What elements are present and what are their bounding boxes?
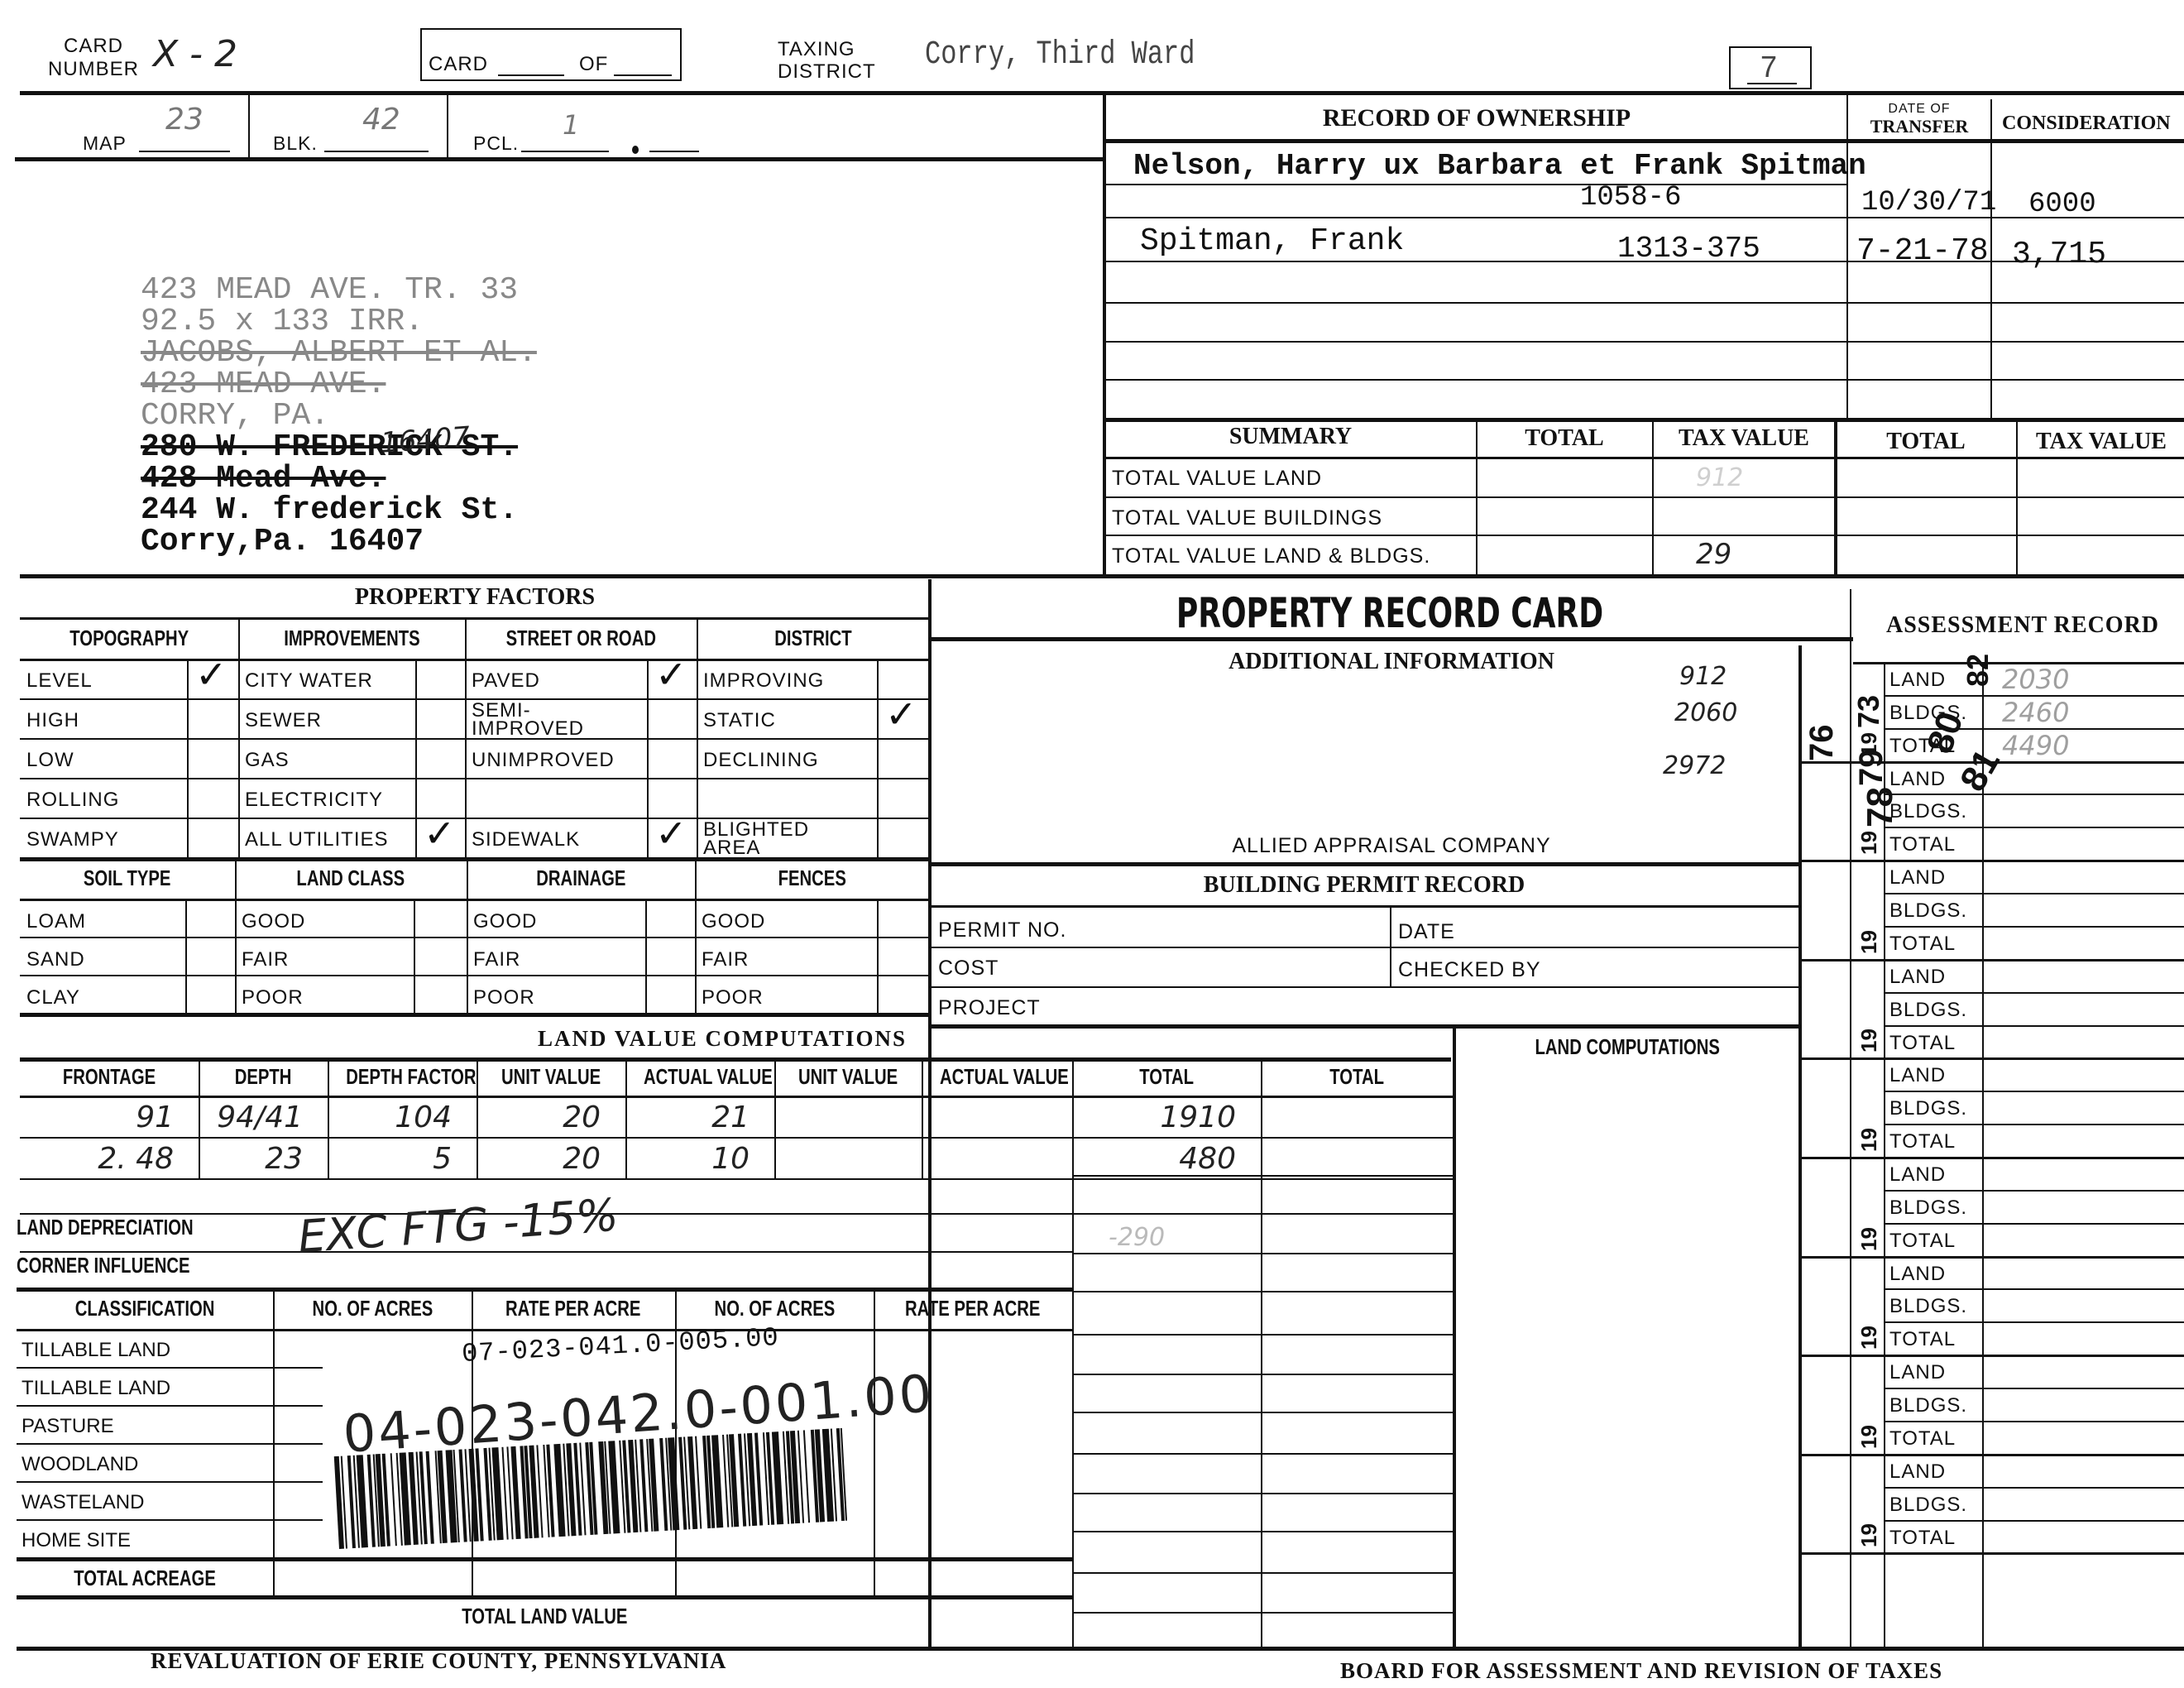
pcl-blank bbox=[521, 151, 609, 152]
pf-checkbox[interactable] bbox=[649, 779, 695, 816]
acre-col-header-label: RATE PER ACRE bbox=[505, 1296, 640, 1321]
owner-2-date: 7-21-78 bbox=[1856, 233, 1989, 269]
ownership-row-2-bottom bbox=[1105, 261, 2184, 262]
pf2-header-label: FENCES bbox=[778, 866, 846, 891]
pf2-checkbox[interactable] bbox=[415, 900, 465, 935]
lv-col-divider bbox=[774, 1057, 776, 1178]
lv-cell: 480 bbox=[1072, 1142, 1236, 1176]
lv-total-row-line bbox=[1072, 1572, 1453, 1574]
card-blank bbox=[498, 74, 564, 76]
lv-top bbox=[20, 1057, 1451, 1062]
assessment-land-label: LAND bbox=[1889, 669, 1946, 692]
summary-land-tax-value: 912 bbox=[1696, 463, 1743, 492]
acre-header-bottom bbox=[17, 1329, 1072, 1331]
land-depreciation-label-wrap: LAND DEPRECIATION bbox=[17, 1215, 243, 1240]
lv-col-divider bbox=[922, 1057, 923, 1178]
lv-col-header: FRONTAGE bbox=[20, 1064, 199, 1090]
permit-row-1-bottom bbox=[930, 947, 1798, 948]
corner-influence-label: CORNER INFLUENCE bbox=[17, 1253, 190, 1278]
assessment-total-label: TOTAL bbox=[1889, 1130, 1956, 1153]
pf-item-label: PAVED bbox=[472, 672, 644, 690]
acre-col-header: CLASSIFICATION bbox=[17, 1296, 273, 1321]
acre-col-header: NO. OF ACRES bbox=[273, 1296, 472, 1321]
prc-title-bottom bbox=[930, 637, 1853, 641]
acre-row-line bbox=[17, 1367, 323, 1369]
pf-item-label: IMPROVING bbox=[703, 672, 874, 690]
assessment-row-line bbox=[1884, 1520, 2184, 1522]
address-line: 423 MEAD AVE. bbox=[141, 369, 537, 400]
pf2-item-label: POOR bbox=[702, 986, 764, 1009]
assessment-block-bottom bbox=[1798, 1355, 2184, 1357]
lv-cell: 2. 48 bbox=[20, 1142, 174, 1176]
permit-bottom bbox=[930, 1024, 1798, 1029]
pf2-header-label: DRAINAGE bbox=[536, 866, 625, 891]
lv-col-header: ACTUAL VALUE bbox=[625, 1064, 774, 1090]
box-number-underline bbox=[1747, 83, 1797, 84]
assessment-row-line bbox=[1884, 827, 2184, 828]
note-line: 2060 bbox=[1663, 695, 1737, 731]
lv-total-row-line bbox=[1072, 1493, 1453, 1494]
assessment-row-line bbox=[1884, 1223, 2184, 1225]
left-right-divider bbox=[1103, 93, 1106, 574]
lv-col-header-label: DEPTH FACTOR bbox=[346, 1064, 476, 1090]
pf-item-label: SEMI- IMPROVED bbox=[472, 702, 644, 738]
permit-no-label: PERMIT NO. bbox=[938, 918, 1066, 942]
lv-total-row-line bbox=[1072, 1374, 1453, 1375]
assessment-bldgs-label: BLDGS. bbox=[1889, 1494, 1967, 1517]
summary-title: SUMMARY bbox=[1105, 424, 1476, 450]
pf-header: IMPROVEMENTS bbox=[238, 626, 465, 651]
pf2-checkbox[interactable] bbox=[187, 900, 233, 935]
pf2-col-divider bbox=[695, 859, 697, 1013]
lv-row-line bbox=[20, 1178, 1453, 1180]
pf-checkbox[interactable] bbox=[879, 779, 928, 816]
header-divider bbox=[20, 91, 2184, 95]
map-label: MAP bbox=[83, 132, 127, 155]
lv-total-row-line bbox=[1072, 1334, 1453, 1336]
address-line: 280 W. FREDERICK ST. bbox=[141, 432, 537, 463]
assessment-land-label: LAND bbox=[1889, 866, 1946, 890]
lv-total-divider bbox=[1072, 1175, 1074, 1648]
property-record-card-title: PROPERTY RECORD CARD bbox=[1059, 589, 1722, 637]
assessment-left-border bbox=[1798, 645, 1802, 1648]
pf-checkbox[interactable] bbox=[189, 700, 237, 736]
pf2-item-label: GOOD bbox=[473, 910, 537, 933]
lv-cell: 10 bbox=[625, 1142, 750, 1176]
assessment-bldgs-label: BLDGS. bbox=[1889, 800, 1967, 823]
assessment-land-label: LAND bbox=[1889, 1460, 1946, 1484]
lv-col-header: TOTAL bbox=[1261, 1064, 1453, 1090]
pf2-checkbox[interactable] bbox=[187, 938, 233, 973]
taxing-district-value: Corry, Third Ward bbox=[925, 36, 1195, 74]
summary-col-tax-value: TAX VALUE bbox=[1654, 425, 1834, 452]
additional-info-bottom bbox=[930, 862, 1798, 866]
assessment-block-bottom bbox=[1798, 1256, 2184, 1259]
pf2-checkbox[interactable] bbox=[647, 938, 693, 973]
pf-checkbox[interactable] bbox=[417, 700, 463, 736]
pf-checkbox[interactable] bbox=[417, 660, 463, 697]
ownership-title: RECORD OF OWNERSHIP bbox=[1109, 104, 1845, 132]
owner-2-name: Spitman, Frank bbox=[1140, 223, 1404, 259]
total-acreage-label: TOTAL ACREAGE bbox=[74, 1566, 216, 1591]
pf-item-label: SIDEWALK bbox=[472, 831, 644, 849]
lv-col-header-label: UNIT VALUE bbox=[798, 1064, 898, 1090]
pf2-header-bottom bbox=[20, 899, 930, 901]
summary-total-tax-value: 29 bbox=[1696, 538, 1731, 571]
ownership-row-5-bottom bbox=[1105, 379, 2184, 381]
pf2-item-label: FAIR bbox=[242, 948, 289, 971]
pf-header-bottom bbox=[20, 659, 930, 661]
pf2-item-label: POOR bbox=[473, 986, 535, 1009]
pcl-blank-2 bbox=[649, 151, 699, 152]
pf2-header: FENCES bbox=[695, 866, 930, 891]
assessment-value-border bbox=[1982, 662, 1984, 1648]
box-number: 7 bbox=[1729, 46, 1812, 89]
pf-header: TOPOGRAPHY bbox=[20, 626, 238, 651]
ownership-header-bottom bbox=[1105, 139, 2184, 143]
lv-col-header-label: UNIT VALUE bbox=[501, 1064, 601, 1090]
lv-header-bottom bbox=[20, 1096, 1453, 1098]
pf-checkbox[interactable] bbox=[189, 779, 237, 816]
pf-checkbox[interactable]: ✓ bbox=[879, 700, 928, 736]
lv-cell: 1910 bbox=[1072, 1101, 1236, 1134]
date-of-header-small: DATE OF bbox=[1850, 103, 1989, 116]
footer-right: BOARD FOR ASSESSMENT AND REVISION OF TAX… bbox=[1340, 1658, 1942, 1684]
lv-total-row-line bbox=[1072, 1253, 1453, 1254]
assessment-total-label: TOTAL bbox=[1889, 1527, 1956, 1550]
assessment-total-label: TOTAL bbox=[1889, 1328, 1956, 1351]
acre-col-header-label: RATE PER ACRE bbox=[905, 1296, 1040, 1321]
land-value-title: LAND VALUE COMPUTATIONS bbox=[538, 1026, 907, 1052]
pf-header-label: IMPROVEMENTS bbox=[284, 626, 420, 651]
assessment-bldgs-label: BLDGS. bbox=[1889, 1196, 1967, 1220]
of-blank bbox=[614, 74, 672, 76]
lv-col-header: UNIT VALUE bbox=[477, 1064, 625, 1090]
address-line: 428 Mead Ave. bbox=[141, 463, 537, 495]
note-line: 2972 bbox=[1663, 731, 1737, 784]
assessment-title: ASSESSMENT RECORD bbox=[1886, 612, 2159, 639]
acre-row-label: TILLABLE LAND bbox=[22, 1339, 170, 1362]
lv-cell: 5 bbox=[328, 1142, 452, 1176]
owner-1-underline bbox=[1105, 184, 1846, 185]
acre-col-header: RATE PER ACRE bbox=[874, 1296, 1072, 1321]
acre-col-header-label: CLASSIFICATION bbox=[75, 1296, 215, 1321]
ownership-row-1-bottom bbox=[1105, 217, 2184, 218]
pf-header-label: TOPOGRAPHY bbox=[69, 626, 189, 651]
summary-header-bottom bbox=[1105, 457, 2184, 459]
pf2-item-label: GOOD bbox=[702, 910, 765, 933]
assessment-year-prefix: 19 bbox=[1856, 930, 1882, 954]
lv-total-row-line bbox=[1072, 1291, 1453, 1292]
pf2-item-label: LOAM bbox=[26, 910, 86, 933]
assessment-year-prefix: 19 bbox=[1856, 1523, 1882, 1547]
pf-checkbox[interactable]: ✓ bbox=[417, 819, 463, 856]
pf-item-label: ALL UTILITIES bbox=[245, 831, 412, 849]
pf-row-line bbox=[20, 818, 930, 819]
summary-col-tax-value-2: TAX VALUE bbox=[2019, 429, 2184, 455]
pf-item-label: SEWER bbox=[245, 712, 412, 730]
pf-row-line bbox=[20, 738, 930, 740]
pf2-checkbox[interactable] bbox=[187, 976, 233, 1011]
handwritten-zip: 16407 bbox=[380, 420, 472, 459]
assessment-row-line bbox=[1884, 992, 2184, 994]
total-land-value-label: TOTAL LAND VALUE bbox=[462, 1604, 627, 1629]
additional-info-notes: 912 2060 2972 bbox=[1663, 659, 1737, 784]
barcode-bar bbox=[803, 1430, 810, 1523]
pf2-item-label: SAND bbox=[26, 948, 85, 971]
assessment-year-prefix: 19 bbox=[1856, 1326, 1882, 1350]
pf-checkbox[interactable] bbox=[879, 819, 928, 856]
address-line: CORRY, PA. bbox=[141, 400, 537, 432]
acre-row-label: PASTURE bbox=[22, 1415, 114, 1438]
permit-title: BUILDING PERMIT RECORD bbox=[930, 872, 1798, 899]
permit-row-2-bottom bbox=[930, 986, 1798, 988]
assessment-row-line bbox=[1884, 1091, 2184, 1092]
assessment-row-line bbox=[1884, 1321, 2184, 1323]
summary-row-2-bottom bbox=[1105, 535, 2184, 536]
blk-value: 42 bbox=[362, 103, 400, 137]
blk-label: BLK. bbox=[273, 132, 318, 155]
address-line: Corry,Pa. 16407 bbox=[141, 526, 537, 558]
pf-item-label: STATIC bbox=[703, 712, 874, 730]
assessment-land-label: LAND bbox=[1889, 1163, 1946, 1187]
pf2-header-label: LAND CLASS bbox=[297, 866, 405, 891]
lv-row-line bbox=[20, 1137, 1453, 1139]
address-line: 244 W. frederick St. bbox=[141, 495, 537, 526]
pf-header: DISTRICT bbox=[697, 626, 930, 651]
lv-total-row-line bbox=[1072, 1612, 1453, 1614]
permit-project-label: PROJECT bbox=[938, 996, 1041, 1020]
lv-total-row-line bbox=[1072, 1531, 1453, 1532]
ownership-row-3-bottom bbox=[1105, 302, 2184, 304]
permit-checked-by-label: CHECKED BY bbox=[1398, 958, 1541, 982]
lv-total-row-line bbox=[1072, 1175, 1453, 1177]
pf-item-label: BLIGHTED AREA bbox=[703, 821, 874, 857]
summary-row-label: TOTAL VALUE LAND bbox=[1112, 467, 1322, 491]
assessment-row-line bbox=[1884, 1025, 2184, 1027]
footer-left: REVALUATION OF ERIE COUNTY, PENNSYLVANIA bbox=[151, 1648, 726, 1674]
map-value: 23 bbox=[165, 103, 204, 137]
permit-title-bottom bbox=[930, 905, 1798, 908]
assessment-bldgs-label: BLDGS. bbox=[1889, 1295, 1967, 1318]
parcel-row-bottom bbox=[15, 157, 1105, 161]
pf-checkbox[interactable] bbox=[189, 819, 237, 856]
assessment-total-value: 4490 bbox=[2002, 730, 2069, 761]
lv-col-header-label: TOTAL bbox=[1329, 1064, 1384, 1090]
assessment-block-bottom bbox=[1798, 1552, 2184, 1555]
pf-item-label: ELECTRICITY bbox=[245, 791, 412, 809]
lv-col-header: ACTUAL VALUE bbox=[922, 1064, 1072, 1090]
acre-row-line bbox=[17, 1405, 323, 1407]
assessment-total-label: TOTAL bbox=[1889, 1427, 1956, 1451]
summary-row-label: TOTAL VALUE BUILDINGS bbox=[1112, 506, 1382, 530]
box-number-value: 7 bbox=[1760, 50, 1777, 84]
pf-item-label: LEVEL bbox=[26, 672, 184, 690]
address-line: 92.5 x 133 IRR. bbox=[141, 306, 537, 338]
pf-checkbox[interactable] bbox=[649, 740, 695, 776]
lv-col-header: DEPTH FACTOR bbox=[328, 1064, 477, 1090]
assessment-bldgs-label: BLDGS. bbox=[1889, 1097, 1967, 1120]
pf-item-label: DECLINING bbox=[703, 751, 874, 770]
assessment-block-bottom bbox=[1798, 1454, 2184, 1456]
parcel-divider-2 bbox=[447, 93, 448, 157]
assessment-land-label: LAND bbox=[1889, 1361, 1946, 1384]
acre-row-label: WASTELAND bbox=[22, 1491, 144, 1514]
ownership-consideration-divider bbox=[1990, 99, 1992, 420]
assessment-row-line bbox=[1884, 1388, 2184, 1389]
check-mark-icon: ✓ bbox=[655, 814, 687, 852]
assessment-year-prefix: 19 bbox=[1856, 1029, 1882, 1053]
pf2-header: SOIL TYPE bbox=[20, 866, 235, 891]
assessment-bldgs-label: BLDGS. bbox=[1889, 999, 1967, 1022]
lv-total-row-line bbox=[1072, 1412, 1453, 1413]
pf-checkbox[interactable] bbox=[879, 660, 928, 697]
assessment-year-prefix: 19 bbox=[1856, 831, 1882, 855]
lv-cell: 94/41 bbox=[199, 1101, 303, 1134]
acre-col-header-label: NO. OF ACRES bbox=[312, 1296, 433, 1321]
pf2-item-label: FAIR bbox=[702, 948, 749, 971]
summary-row-label: TOTAL VALUE LAND & BLDGS. bbox=[1112, 544, 1430, 568]
upper-section-bottom bbox=[20, 574, 2184, 578]
card-of-box: CARD OF bbox=[420, 28, 682, 81]
acre-row-label: WOODLAND bbox=[22, 1453, 138, 1476]
pf-item-label: CITY WATER bbox=[245, 672, 412, 690]
company-name: ALLIED APPRAISAL COMPANY bbox=[930, 834, 1853, 858]
pf-checkbox[interactable] bbox=[417, 740, 463, 776]
acre-row-line bbox=[17, 1443, 323, 1445]
lv-total-row-line bbox=[1072, 1453, 1453, 1455]
assessment-year-prefix: 19 bbox=[1856, 1128, 1882, 1152]
ownership-bottom bbox=[1105, 418, 2184, 422]
land-depreciation-label: LAND DEPRECIATION bbox=[17, 1215, 194, 1240]
pf-checkbox[interactable]: ✓ bbox=[649, 819, 695, 856]
pf2-header-label: SOIL TYPE bbox=[84, 866, 171, 891]
assessment-row-line bbox=[1884, 1487, 2184, 1489]
lv-cell: 91 bbox=[20, 1101, 174, 1134]
land-computations-title: LAND COMPUTATIONS bbox=[1535, 1034, 1719, 1060]
pf-item-label: ROLLING bbox=[26, 791, 184, 809]
address-line: 423 MEAD AVE. TR. 33 bbox=[141, 275, 537, 306]
pf-header: STREET OR ROAD bbox=[465, 626, 697, 651]
property-factors-title: PROPERTY FACTORS bbox=[20, 584, 930, 611]
pf-checkbox[interactable] bbox=[189, 740, 237, 776]
acre-col-header: RATE PER ACRE bbox=[472, 1296, 675, 1321]
assessment-land-label: LAND bbox=[1889, 966, 1946, 989]
owner-1-name: Nelson, Harry ux Barbara et Frank Spitma… bbox=[1133, 149, 1866, 183]
assessment-row-line bbox=[1884, 1288, 2184, 1290]
pf2-item-label: CLAY bbox=[26, 986, 80, 1009]
assessment-row-line bbox=[1884, 794, 2184, 795]
lv-cell: 20 bbox=[477, 1101, 601, 1134]
owner-1-consideration: 6000 bbox=[2028, 189, 2096, 220]
card-number-label: CARD NUMBER bbox=[40, 35, 147, 81]
acre-top bbox=[17, 1288, 1072, 1292]
pf-checkbox[interactable]: ✓ bbox=[649, 660, 695, 697]
check-mark-icon: ✓ bbox=[424, 814, 456, 852]
pf2-checkbox[interactable] bbox=[879, 976, 928, 1011]
pf2-checkbox[interactable] bbox=[879, 938, 928, 973]
acre-total-top bbox=[17, 1557, 1072, 1561]
lv-col-header-label: ACTUAL VALUE bbox=[940, 1064, 1069, 1090]
assessment-bldgs-value: 2460 bbox=[2002, 697, 2069, 728]
pf-bottom bbox=[20, 857, 930, 861]
pf2-item-label: POOR bbox=[242, 986, 304, 1009]
pf-checkbox[interactable] bbox=[879, 740, 928, 776]
acre-row-line bbox=[17, 1481, 323, 1483]
assessment-block-bottom bbox=[1798, 1057, 2184, 1060]
pf2-bottom bbox=[20, 1013, 930, 1017]
pf2-header: LAND CLASS bbox=[235, 866, 467, 891]
assessment-block-bottom bbox=[1798, 860, 2184, 862]
owner-1-date: 10/30/71 bbox=[1861, 187, 1996, 218]
pf2-row-line bbox=[20, 975, 930, 976]
assessment-year-prefix: 19 bbox=[1856, 1425, 1882, 1449]
lv-col-header: DEPTH bbox=[199, 1064, 328, 1090]
pf2-checkbox[interactable] bbox=[415, 938, 465, 973]
note-line: 912 bbox=[1663, 659, 1737, 695]
of-label: OF bbox=[579, 53, 608, 76]
stamp-year-78: 78 bbox=[1860, 787, 1901, 827]
pf2-col-divider bbox=[467, 859, 468, 1013]
pf-item-label: LOW bbox=[26, 751, 184, 770]
assessment-row-line bbox=[1884, 1190, 2184, 1192]
pf-header-label: STREET OR ROAD bbox=[505, 626, 655, 651]
address-line: JACOBS, ALBERT ET AL. bbox=[141, 338, 537, 369]
pf2-checkbox[interactable] bbox=[415, 976, 465, 1011]
pf-row-line bbox=[20, 778, 930, 779]
pf-checkbox[interactable]: ✓ bbox=[189, 660, 237, 697]
lv-total-row-line bbox=[1072, 1213, 1453, 1215]
pf2-checkbox[interactable] bbox=[647, 900, 693, 935]
pf2-item-label: FAIR bbox=[473, 948, 520, 971]
pf2-checkbox[interactable] bbox=[879, 900, 928, 935]
map-blank bbox=[139, 151, 230, 152]
acre-row-line bbox=[17, 1519, 323, 1521]
corner-influence-label-wrap: CORNER INFLUENCE bbox=[17, 1253, 239, 1278]
pf-row-line bbox=[20, 698, 930, 700]
lv-col-header-label: TOTAL bbox=[1139, 1064, 1194, 1090]
assessment-bldgs-label: BLDGS. bbox=[1889, 899, 1967, 923]
assessment-land-label: LAND bbox=[1889, 1263, 1946, 1286]
check-mark-icon: ✓ bbox=[885, 695, 917, 733]
lv-right-border bbox=[1453, 1026, 1456, 1648]
pf-header-label: DISTRICT bbox=[774, 626, 852, 651]
stamp-year-79: 79 bbox=[1853, 750, 1890, 787]
acre-row-label: HOME SITE bbox=[22, 1529, 131, 1552]
acre-col-header-label: NO. OF ACRES bbox=[714, 1296, 835, 1321]
pcl-label: PCL. bbox=[473, 132, 519, 155]
pf2-item-label: GOOD bbox=[242, 910, 305, 933]
date-of-transfer-header: TRANSFER bbox=[1850, 116, 1989, 137]
pf-checkbox[interactable] bbox=[649, 700, 695, 736]
assessment-row-line bbox=[1884, 1124, 2184, 1125]
summary-col-total-2: TOTAL bbox=[1837, 429, 2015, 455]
acre-total-bottom bbox=[17, 1595, 1072, 1599]
pf-checkbox[interactable] bbox=[417, 779, 463, 816]
pcl-value: 1 bbox=[563, 109, 579, 141]
assessment-year-border bbox=[1850, 589, 1851, 1648]
pf-item-label: HIGH bbox=[26, 712, 184, 730]
pf2-checkbox[interactable] bbox=[647, 976, 693, 1011]
assessment-row-line bbox=[1884, 926, 2184, 928]
total-land-value-wrap: TOTAL LAND VALUE bbox=[17, 1604, 1072, 1629]
pf-item-label: GAS bbox=[245, 751, 412, 770]
ownership-row-4-bottom bbox=[1105, 341, 2184, 343]
assessment-block-bottom bbox=[1798, 1157, 2184, 1159]
land-computations-title-wrap: LAND COMPUTATIONS bbox=[1456, 1034, 1798, 1060]
pf-item-label: UNIMPROVED bbox=[472, 751, 644, 770]
assessment-row-line bbox=[1884, 1421, 2184, 1422]
